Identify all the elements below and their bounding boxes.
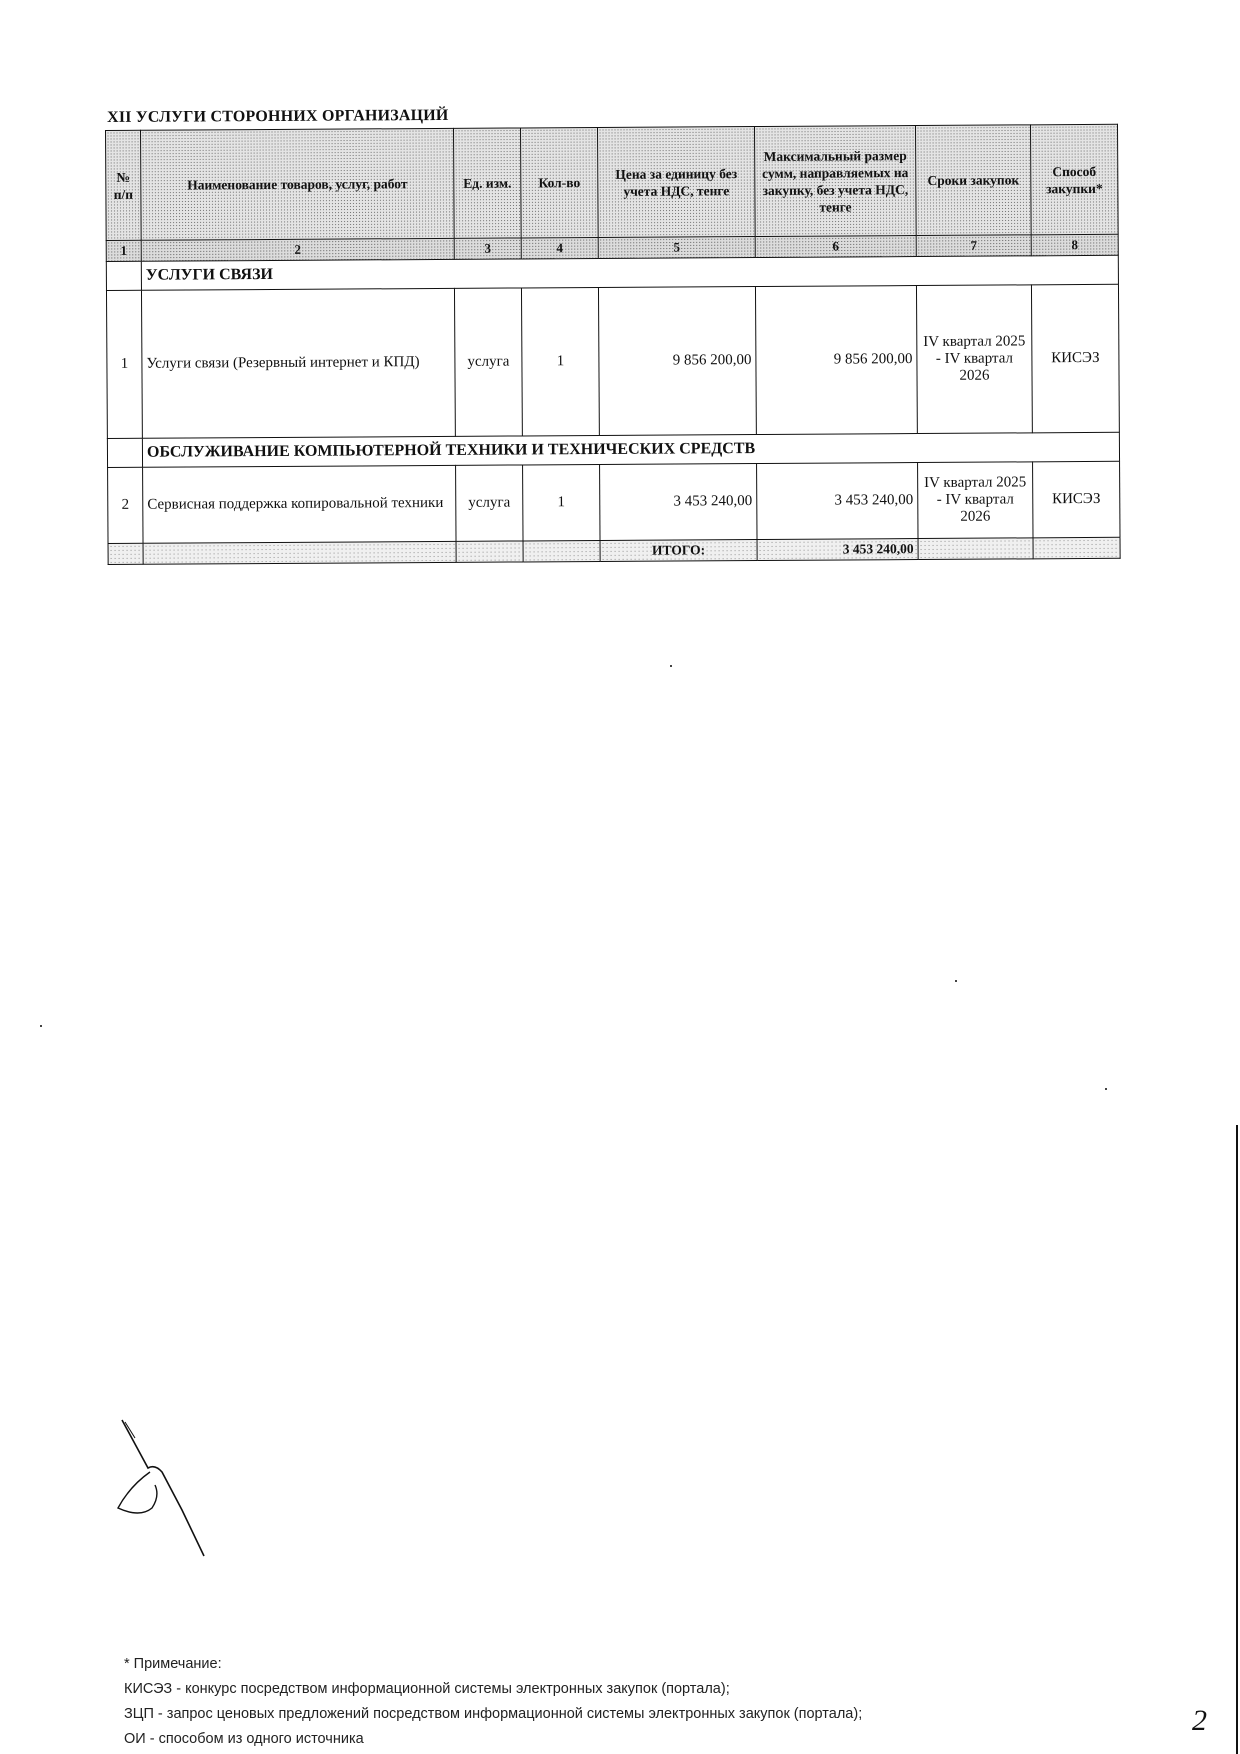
cell-max-amount: 9 856 200,00 xyxy=(755,286,917,435)
header-num: № п/п xyxy=(106,130,142,240)
column-number: 7 xyxy=(916,235,1031,257)
total-empty xyxy=(143,541,456,564)
total-label: ИТОГО: xyxy=(600,540,757,562)
scan-speck xyxy=(955,980,957,982)
total-empty xyxy=(456,541,523,562)
cell-unit-price: 9 856 200,00 xyxy=(598,287,756,436)
column-number: 8 xyxy=(1031,234,1118,256)
cell-unit-price: 3 453 240,00 xyxy=(600,464,757,541)
column-number: 4 xyxy=(521,237,598,258)
cell-method: КИСЭЗ xyxy=(1033,461,1120,538)
scan-edge-line xyxy=(1236,1125,1238,1754)
footnote-line: КИСЭЗ - конкурс посредством информационн… xyxy=(124,1677,862,1702)
procurement-table: № п/п Наименование товаров, услуг, работ… xyxy=(105,124,1121,565)
cell-method: КИСЭЗ xyxy=(1031,284,1119,433)
header-name: Наименование товаров, услуг, работ xyxy=(141,128,455,240)
header-unit-price: Цена за единицу без учета НДС, тенге xyxy=(597,127,755,238)
cell-num: 2 xyxy=(108,467,143,543)
total-value: 3 453 240,00 xyxy=(757,539,918,561)
column-number: 2 xyxy=(141,238,454,261)
cell-max-amount: 3 453 240,00 xyxy=(757,463,918,540)
footnote-line: ОИ - способом из одного источника xyxy=(124,1727,862,1752)
cell-unit: услуга xyxy=(454,288,522,436)
header-period: Сроки закупок xyxy=(915,125,1031,236)
section-title: XII УСЛУГИ СТОРОННИХ ОРГАНИЗАЦИЙ xyxy=(107,107,449,127)
section-spacer xyxy=(107,438,142,467)
total-empty xyxy=(108,543,143,564)
section-spacer xyxy=(106,261,141,290)
total-empty xyxy=(918,538,1033,560)
page-number: 2 xyxy=(1192,1704,1207,1738)
handwritten-signature-icon xyxy=(100,1390,260,1565)
cell-period: IV квартал 2025 - IV квартал 2026 xyxy=(916,285,1032,434)
scan-speck xyxy=(1105,1088,1107,1090)
header-qty: Кол-во xyxy=(520,127,598,237)
header-unit: Ед. изм. xyxy=(453,128,521,238)
header-max-amount: Максимальный размер сумм, направляемых н… xyxy=(754,126,916,237)
column-number: 6 xyxy=(755,236,916,258)
header-row: № п/п Наименование товаров, услуг, работ… xyxy=(106,124,1119,240)
column-number: 1 xyxy=(106,240,141,261)
column-number: 3 xyxy=(454,238,521,259)
table-row: 1 Услуги связи (Резервный интернет и КПД… xyxy=(106,284,1119,438)
cell-qty: 1 xyxy=(521,287,599,435)
cell-name: Сервисная поддержка копировальной техник… xyxy=(143,465,456,543)
cell-num: 1 xyxy=(106,290,142,438)
footnote: * Примечание: КИСЭЗ - конкурс посредство… xyxy=(124,1652,862,1752)
cell-unit: услуга xyxy=(456,465,523,541)
total-empty xyxy=(1033,537,1120,559)
table-row: 2 Сервисная поддержка копировальной техн… xyxy=(108,461,1120,543)
footnote-title: * Примечание: xyxy=(124,1652,862,1677)
column-number: 5 xyxy=(598,237,755,259)
footnote-line: ЗЦП - запрос ценовых предложений посредс… xyxy=(124,1702,862,1727)
cell-qty: 1 xyxy=(523,464,600,540)
scan-speck xyxy=(40,1025,42,1027)
cell-name: Услуги связи (Резервный интернет и КПД) xyxy=(141,288,455,438)
total-empty xyxy=(523,540,600,561)
cell-period: IV квартал 2025 - IV квартал 2026 xyxy=(918,462,1033,539)
header-method: Способ закупки* xyxy=(1030,124,1118,235)
scan-speck xyxy=(670,665,672,667)
